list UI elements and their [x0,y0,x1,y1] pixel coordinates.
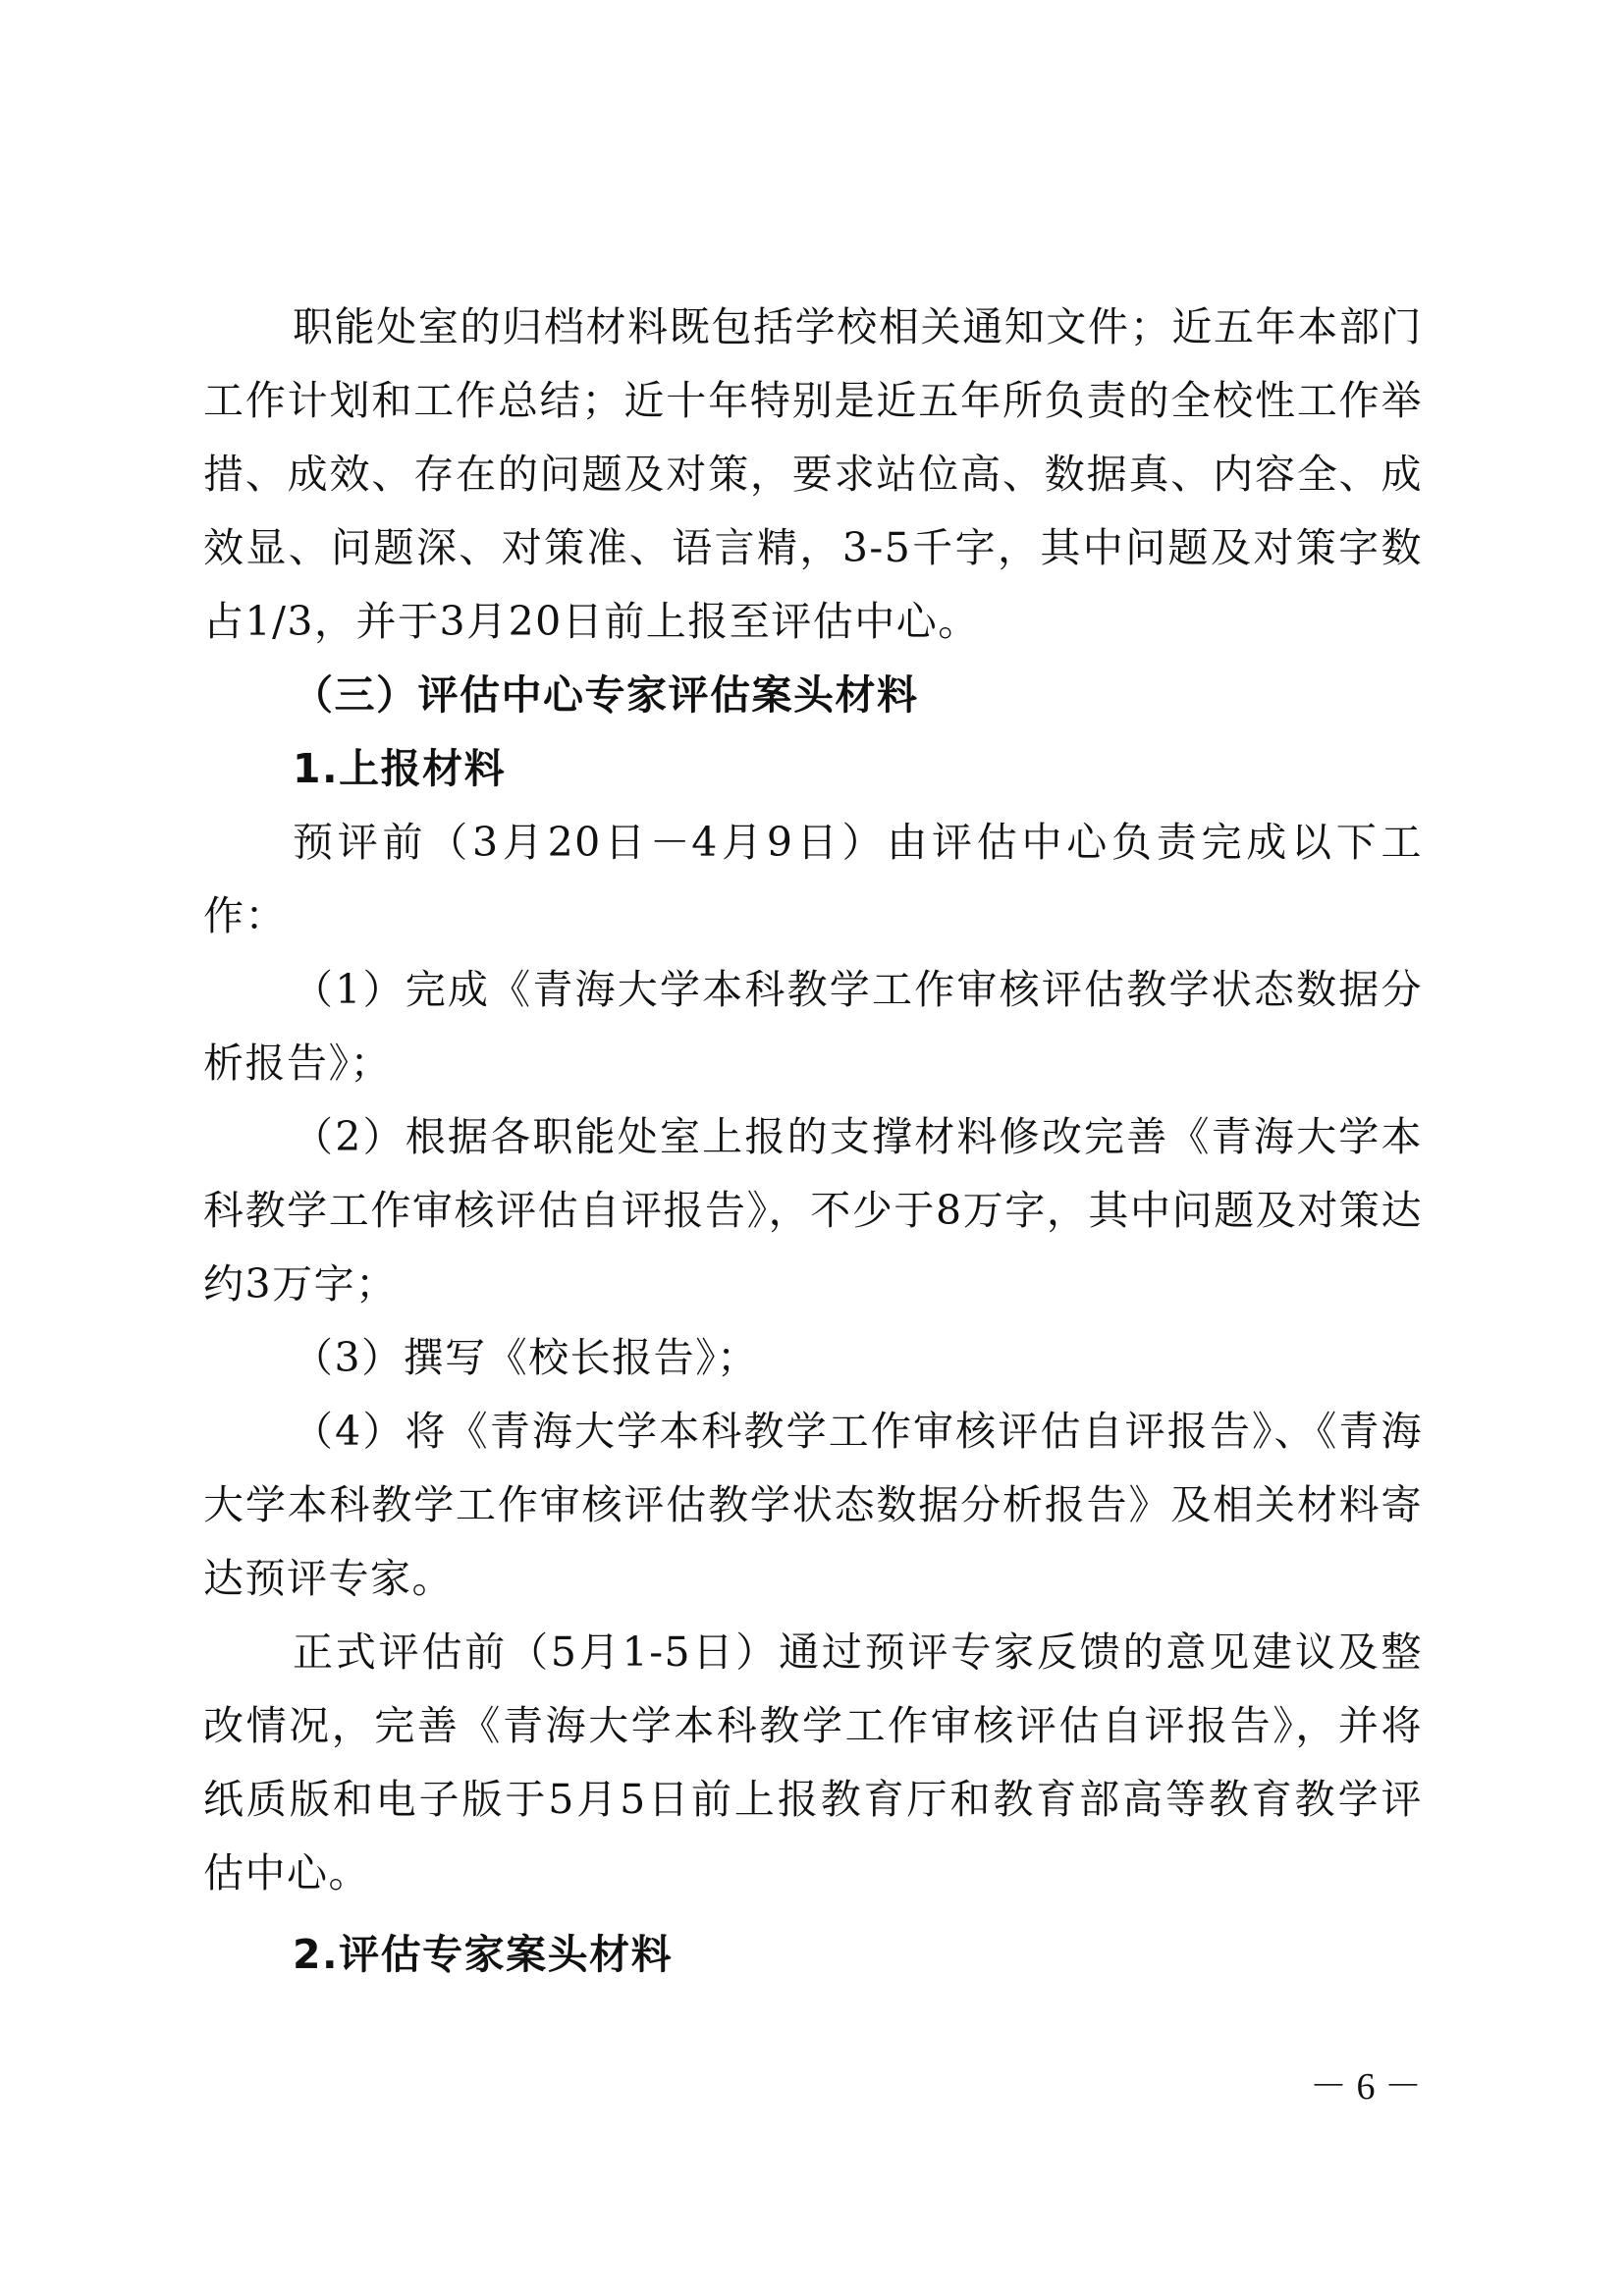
list-item-1: （1）完成《青海大学本科教学工作审核评估教学状态数据分析报告》； [203,953,1423,1100]
subheading-submitted-materials: 1.上报材料 [203,732,1423,806]
list-item-3: （3）撰写《校长报告》； [203,1321,1423,1395]
page-number: － 6 － [1310,2056,1422,2109]
list-item-2: （2）根据各职能处室上报的支撑材料修改完善《青海大学本科教学工作审核评估自评报告… [203,1100,1423,1321]
paragraph-pre-evaluation-tasks: 预评前（3月20日－4月9日）由评估中心负责完成以下工作： [203,806,1423,953]
paragraph-archive-materials: 职能处室的归档材料既包括学校相关通知文件；近五年本部门工作计划和工作总结；近十年… [203,291,1423,659]
list-item-4: （4）将《青海大学本科教学工作审核评估自评报告》、《青海大学本科教学工作审核评估… [203,1395,1423,1616]
document-body: 职能处室的归档材料既包括学校相关通知文件；近五年本部门工作计划和工作总结；近十年… [203,291,1423,1992]
section-heading-expert-desk-materials: （三）评估中心专家评估案头材料 [203,659,1423,732]
paragraph-formal-evaluation: 正式评估前（5月1-5日）通过预评专家反馈的意见建议及整改情况，完善《青海大学本… [203,1616,1423,1910]
subheading-expert-desk-materials: 2.评估专家案头材料 [203,1918,1423,1992]
document-page: 职能处室的归档材料既包括学校相关通知文件；近五年本部门工作计划和工作总结；近十年… [0,0,1624,2296]
